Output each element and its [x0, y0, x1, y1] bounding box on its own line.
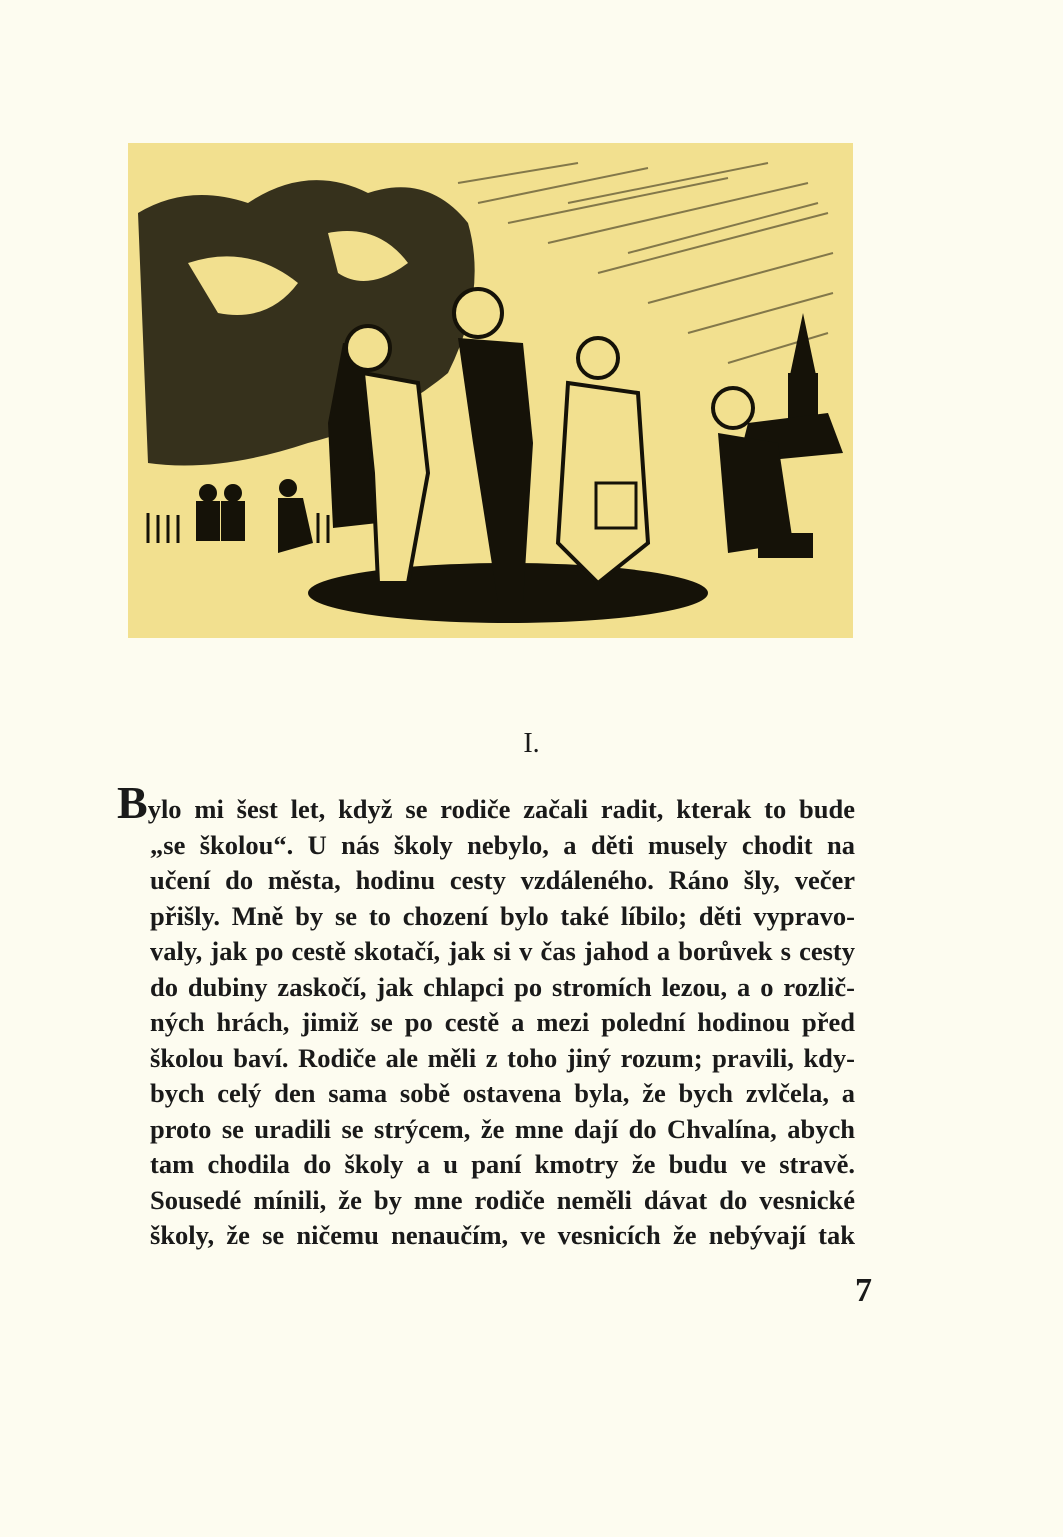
text-line: do dubiny zaskočí, jak chlapci po stromí… — [150, 970, 855, 1006]
page-number: 7 — [855, 1272, 872, 1310]
text-line: školou baví. Rodiče ale měli z toho jiný… — [150, 1041, 855, 1077]
illustration-children-walking-to-school — [128, 143, 853, 638]
text-line: Bylo mi šest let, když se rodiče začali … — [117, 788, 855, 828]
text-line: „se školou“. U nás školy nebylo, a děti … — [150, 828, 855, 864]
text-line: přišly. Mně by se to chození bylo také l… — [150, 899, 855, 935]
text-line: tam chodila do školy a u paní kmotry že … — [150, 1147, 855, 1183]
text-line: ných hrách, jimiž se po cestě a mezi pol… — [150, 1005, 855, 1041]
text-line: valy, jak po cestě skotačí, jak si v čas… — [150, 934, 855, 970]
body-paragraph: Bylo mi šest let, když se rodiče začali … — [150, 788, 855, 1254]
text-line: proto se uradili se strýcem, že mne dají… — [150, 1112, 855, 1148]
drop-cap: B — [117, 777, 148, 828]
text-line: učení do města, hodinu cesty vzdáleného.… — [150, 863, 855, 899]
text-line: školy, že se ničemu nenaučím, ve vesnicí… — [150, 1218, 855, 1254]
text-line: bych celý den sama sobě ostavena byla, ž… — [150, 1076, 855, 1112]
ink-drawing — [128, 143, 853, 638]
text-line: Sousedé mínili, že by mne rodiče neměli … — [150, 1183, 855, 1219]
chapter-number: I. — [0, 728, 1063, 760]
